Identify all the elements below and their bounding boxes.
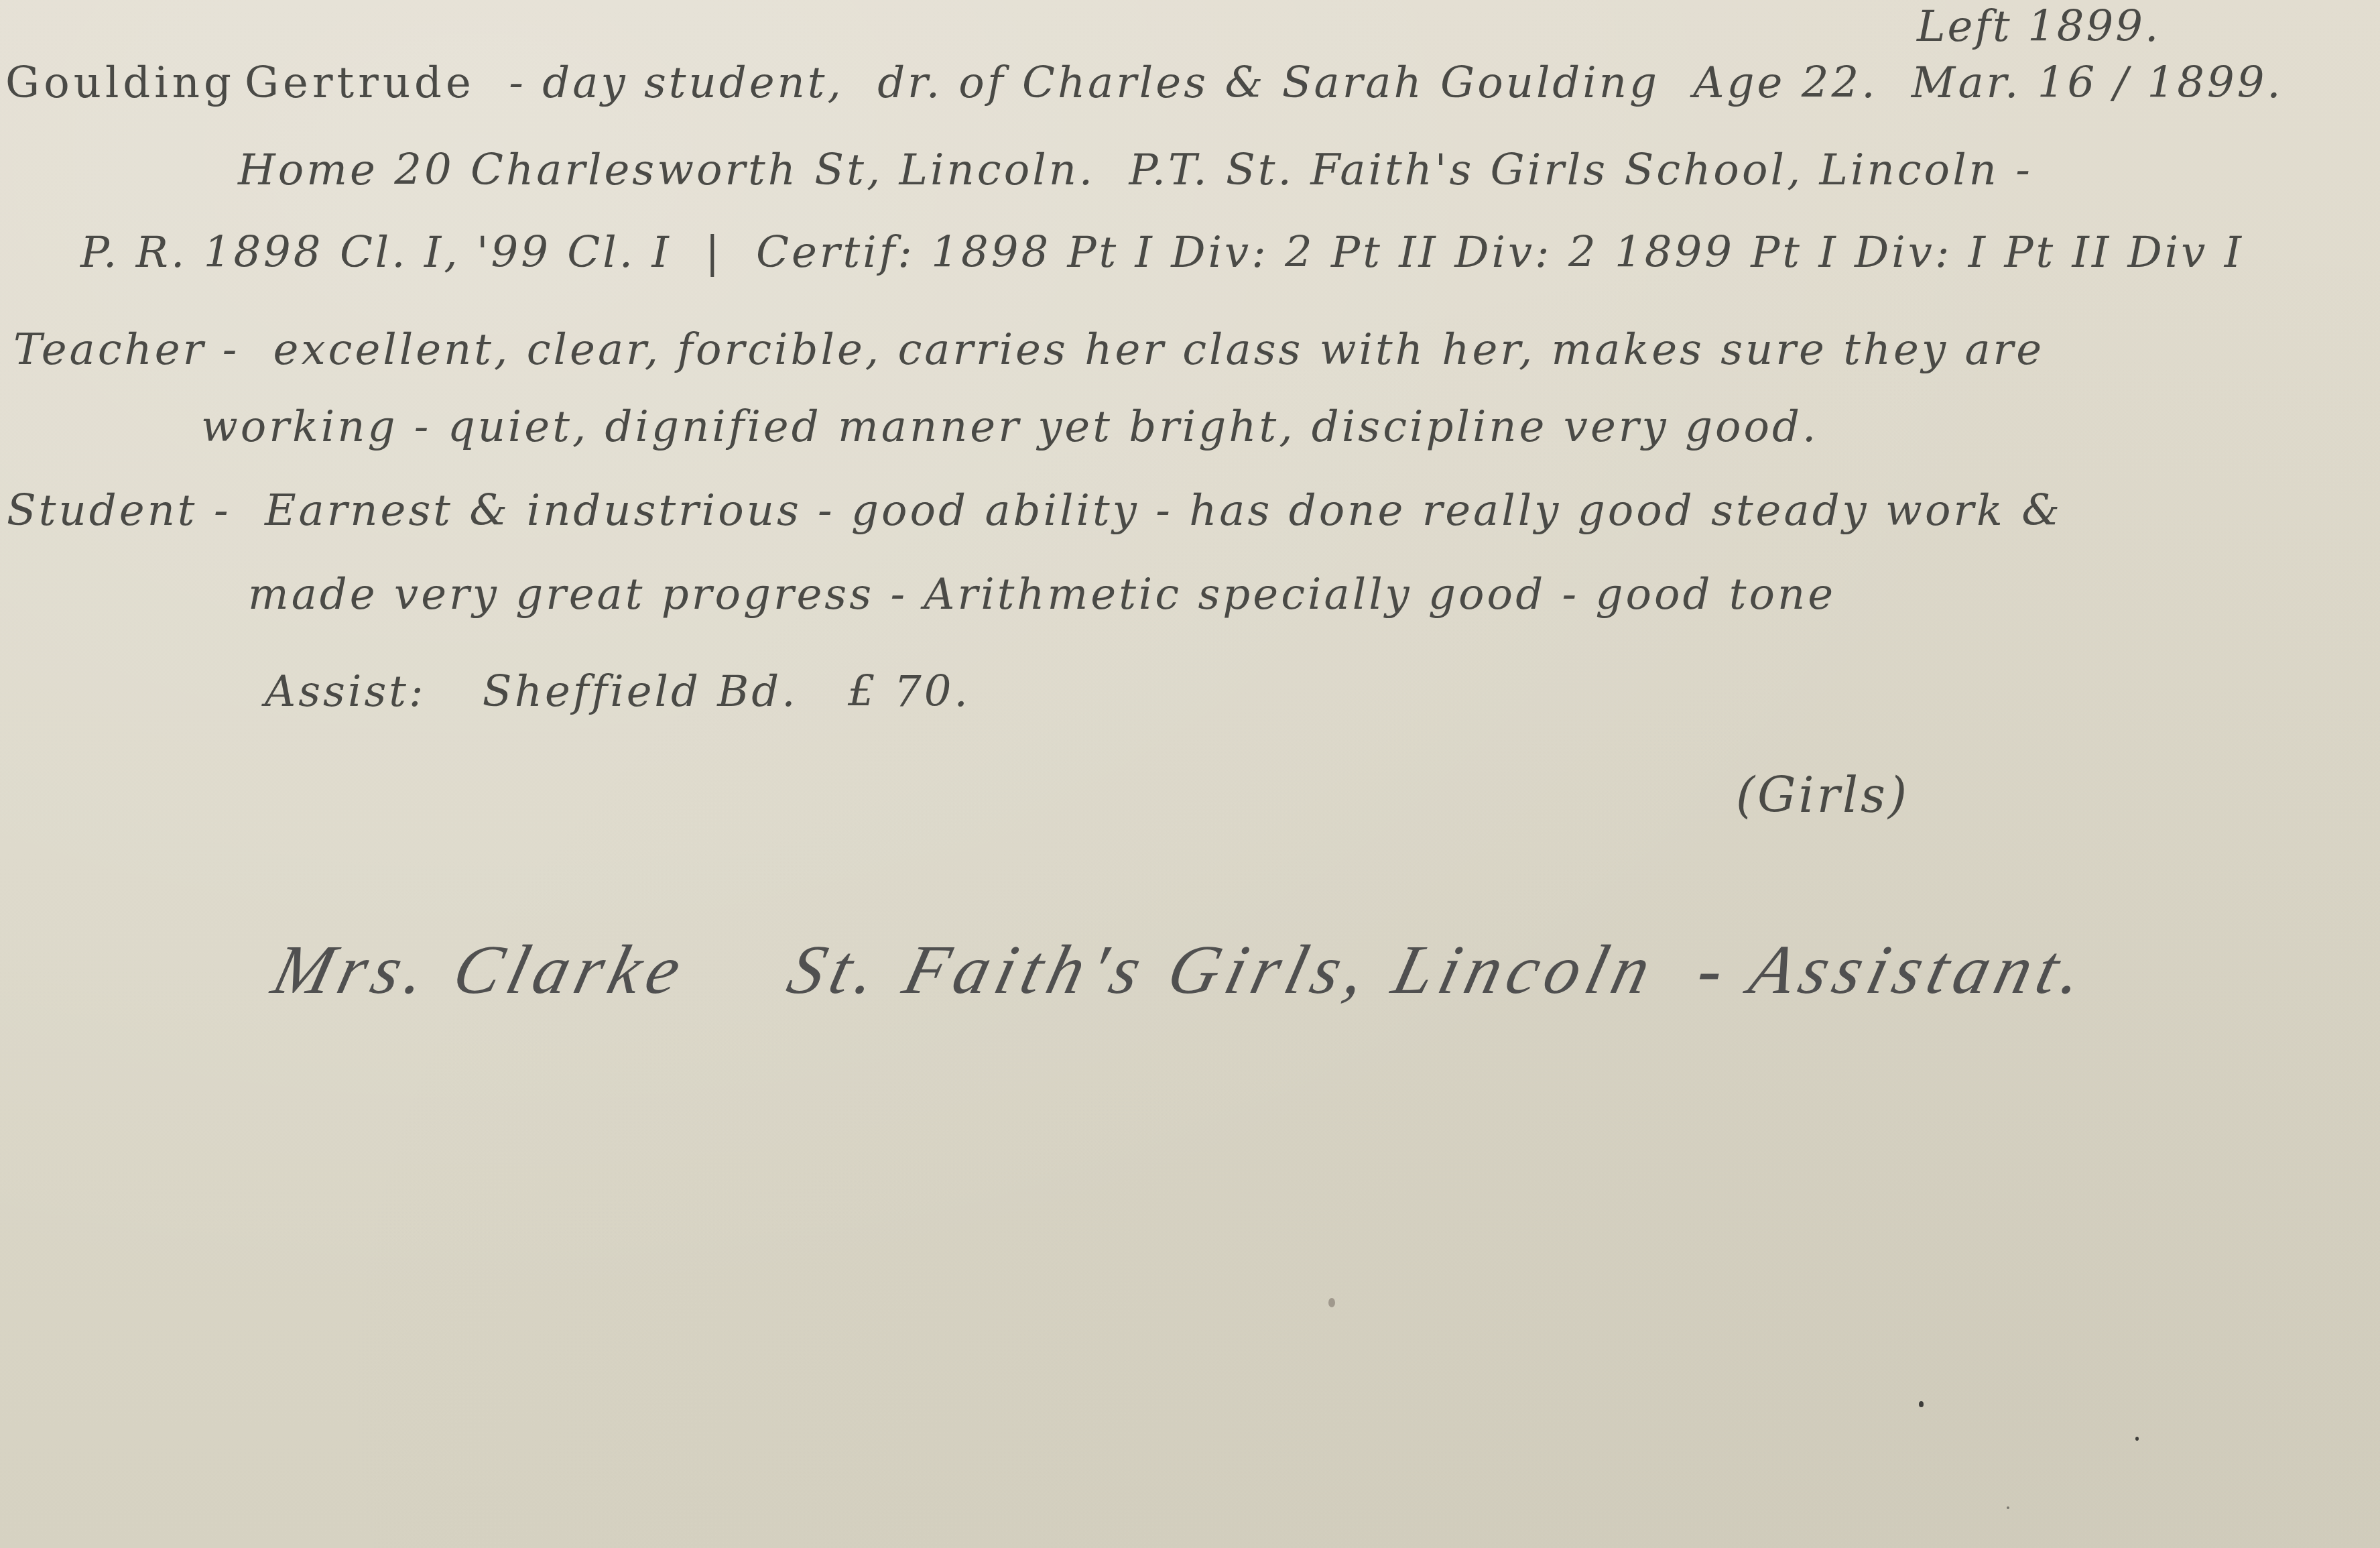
forename: Gertrude xyxy=(245,58,475,108)
side-note-girls: (Girls) xyxy=(1736,771,1909,819)
entry-line-exams: P. R. 1898 Cl. I, '99 Cl. I | Certif: 18… xyxy=(80,231,2244,274)
paper-speck xyxy=(2007,1506,2009,1509)
home-address: Home 20 Charlesworth St, Lincoln. xyxy=(238,145,1095,195)
exam-separator: | xyxy=(705,228,723,278)
pupil-teacher-school: P.T. St. Faith's Girls School, Lincoln - xyxy=(1129,145,2033,195)
teacher-report-text-2: working - quiet, dignified manner yet br… xyxy=(201,402,1818,452)
teacher-report-text-1: excellent, clear, forcible, carries her … xyxy=(273,325,2044,375)
exam-results: P. R. 1898 Cl. I, '99 Cl. I xyxy=(80,228,672,278)
teacher-report-line-1: Teacher - excellent, clear, forcible, ca… xyxy=(13,329,2044,371)
later-entry-role: - Assistant. xyxy=(1690,931,2098,1008)
student-report-label: Student - xyxy=(7,486,231,536)
paper-speck xyxy=(1919,1401,1924,1407)
student-report-text-1: Earnest & industrious - good ability - h… xyxy=(265,486,2062,536)
appointment-salary: £ 70. xyxy=(848,667,970,717)
appointment-label: Assist: xyxy=(265,667,426,717)
entry-date: Mar. 16 / 1899. xyxy=(1912,58,2283,108)
certificate-results: Certif: 1898 Pt I Div: 2 Pt II Div: 2 18… xyxy=(756,228,2244,278)
parentage: dr. of Charles & Sarah Goulding xyxy=(877,58,1659,108)
archive-record-page: Left 1899. GouldingGertrude - day studen… xyxy=(0,0,2380,1548)
student-report-text-2: made very great progress - Arithmetic sp… xyxy=(248,570,1836,619)
appointment-place: Sheffield Bd. xyxy=(483,667,798,717)
teacher-report-label: Teacher - xyxy=(13,325,239,375)
entry-line-home: Home 20 Charlesworth St, Lincoln. P.T. S… xyxy=(238,149,2033,192)
surname: Goulding xyxy=(5,58,235,108)
paper-speck xyxy=(2135,1437,2139,1441)
paper-speck xyxy=(1328,1298,1335,1307)
student-report-line-2: made very great progress - Arithmetic sp… xyxy=(248,573,1836,616)
age: Age 22. xyxy=(1693,58,1877,108)
student-report-line-1: Student - Earnest & industrious - good a… xyxy=(7,489,2062,532)
later-entry-school: St. Faith's Girls, Lincoln xyxy=(780,931,1664,1008)
later-entry-line: Mrs. Clarke St. Faith's Girls, Lincoln -… xyxy=(266,935,2097,1005)
later-entry-name: Mrs. Clarke xyxy=(265,931,695,1008)
entry-line-name: GouldingGertrude - day student, dr. of C… xyxy=(5,62,2283,105)
student-status: - day student, xyxy=(509,58,844,108)
margin-note-left-date: Left 1899. xyxy=(1917,5,2160,48)
teacher-report-line-2: working - quiet, dignified manner yet br… xyxy=(201,406,1818,449)
appointment-line: Assist: Sheffield Bd. £ 70. xyxy=(265,670,970,713)
